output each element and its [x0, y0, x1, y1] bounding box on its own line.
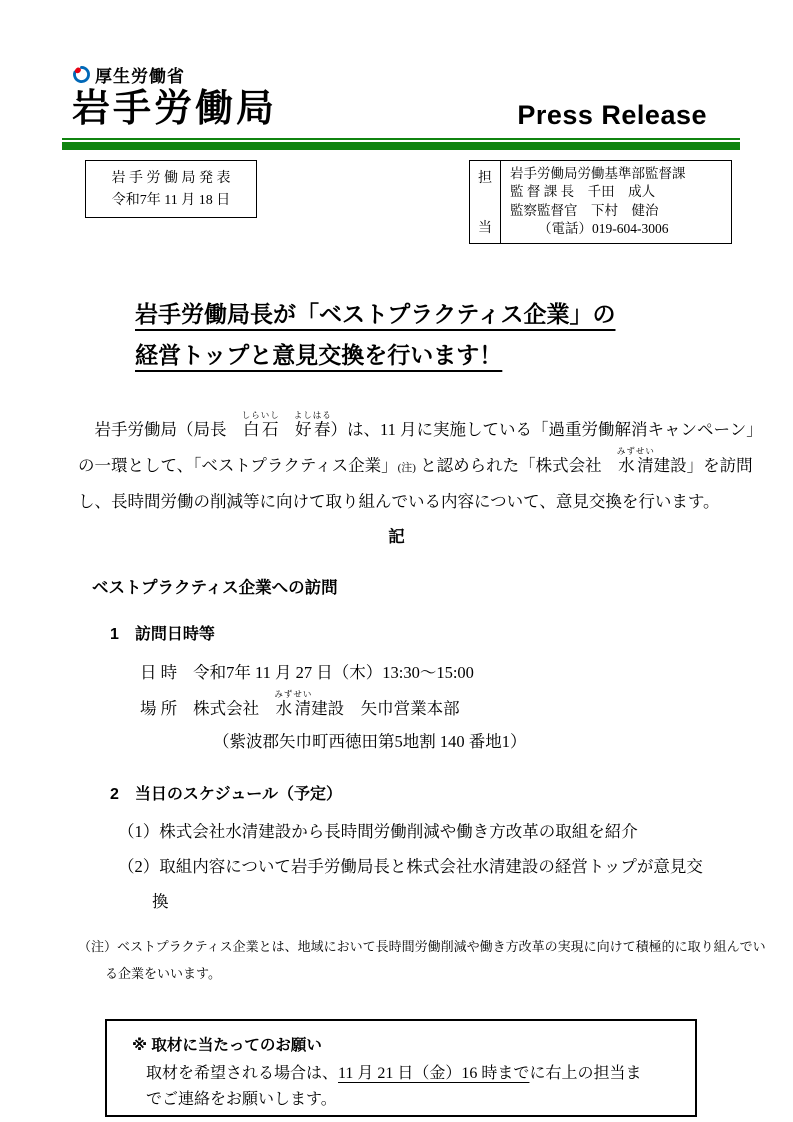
- announcement-box: 岩 手 労 働 局 発 表 令和7年 11 月 18 日: [85, 160, 257, 218]
- header: 厚生労働省 岩手労働局 Press Release: [0, 0, 793, 133]
- contact-department: 岩手労働局労働基準部監督課: [510, 165, 731, 184]
- logo-block: 厚生労働省 岩手労働局: [72, 62, 277, 133]
- request-text: に右上の担当ま: [529, 1065, 641, 1082]
- ruby-yoshiharu: 好春よしはる: [295, 420, 331, 439]
- green-divider-thick-bar: [62, 142, 740, 150]
- media-request-line-1: 取材を希望される場合は、11 月 21 日（金）16 時までに右上の担当ま: [146, 1061, 695, 1087]
- lead-text: [279, 420, 296, 439]
- lead-line-2: の一環として、「ベストプラクティス企業」(注) と認められた「株式会社 水清みず…: [78, 446, 725, 485]
- ministry-line: 厚生労働省: [72, 62, 277, 87]
- datetime-label: 日 時: [140, 663, 177, 682]
- place-value-pre: 株式会社: [193, 699, 276, 718]
- ministry-name: 厚生労働省: [95, 62, 185, 87]
- ruby-shiraishi: 白石しらいし: [243, 420, 279, 439]
- lead-line-3: し、長時間労働の削減等に向けて取り組んでいる内容について、意見交換を行います。: [78, 485, 725, 518]
- section-heading: ベストプラクティス企業への訪問: [92, 574, 793, 598]
- document-title: 岩手労働局長が「ベストプラクティス企業」の 経営トップと意見交換を行います！: [135, 294, 793, 376]
- place-value-post: 建設 矢巾営業本部: [311, 699, 460, 718]
- announcement-date: 令和7年 11 月 18 日: [96, 190, 246, 212]
- media-request-body: 取材を希望される場合は、11 月 21 日（金）16 時までに右上の担当ま でご…: [146, 1061, 695, 1113]
- bureau-name: 岩手労働局: [72, 87, 277, 133]
- item2-heading: 2 当日のスケジュール（予定）: [110, 781, 793, 804]
- datetime-value: 令和7年 11 月 27 日（木）13:30～15:00: [193, 663, 474, 682]
- title-line-1: 岩手労働局長が「ベストプラクティス企業」の: [135, 294, 615, 335]
- ruby-mizusei-place: 水清みずせい: [276, 699, 312, 718]
- contact-person-2: 監察監督官 下村 健治: [510, 202, 731, 221]
- info-boxes-row: 岩 手 労 働 局 発 表 令和7年 11 月 18 日 担 当 岩手労働局労働…: [85, 160, 732, 244]
- datetime-row: 日 時令和7年 11 月 27 日（木）13:30～15:00: [140, 656, 793, 689]
- lead-paragraph: 岩手労働局（局長 白石しらいし 好春よしはる）は、11 月に実施している「過重労…: [78, 410, 725, 518]
- media-request-heading: ※ 取材に当たってのお願い: [132, 1033, 695, 1055]
- lead-text: 岩手労働局（局長: [78, 420, 243, 439]
- announcement-source: 岩 手 労 働 局 発 表: [96, 168, 246, 190]
- address-line: （紫波郡矢巾町西徳田第5地割 140 番地1）: [213, 725, 793, 758]
- footnote-line-2: る企業をいいます。: [105, 960, 733, 987]
- mhlw-logo-icon: [72, 65, 91, 84]
- title-line-2: 経営トップと意見交換を行います！: [135, 335, 502, 376]
- media-request-line-2: でご連絡をお願いします。: [146, 1087, 695, 1113]
- schedule-item-2-continuation: 換: [152, 884, 793, 919]
- contact-box: 担 当 岩手労働局労働基準部監督課 監 督 課 長 千田 成人 監察監督官 下村…: [469, 160, 732, 244]
- place-row: 場 所株式会社 水清みずせい建設 矢巾営業本部: [140, 689, 793, 725]
- lead-line-1: 岩手労働局（局長 白石しらいし 好春よしはる）は、11 月に実施している「過重労…: [78, 410, 725, 446]
- contact-content: 岩手労働局労働基準部監督課 監 督 課 長 千田 成人 監察監督官 下村 健治 …: [501, 161, 731, 243]
- footnote-marker-inline: (注): [398, 462, 416, 474]
- request-deadline-underlined: 11 月 21 日（金）16 時まで: [338, 1065, 529, 1082]
- ruby-mizusei: 水清みずせい: [618, 456, 654, 475]
- contact-label-bottom: 当: [478, 217, 492, 237]
- item1-heading: 1 訪問日時等: [110, 621, 793, 644]
- contact-label-top: 担: [478, 167, 492, 187]
- contact-phone: （電話）019-604-3006: [510, 220, 731, 239]
- contact-person-1: 監 督 課 長 千田 成人: [510, 183, 731, 202]
- footnote: （注）ベストプラクティス企業とは、地域において長時間労働削減や働き方改革の実現に…: [78, 933, 733, 987]
- green-divider: [62, 138, 740, 150]
- lead-text: の一環として、「ベストプラクティス企業」: [78, 456, 398, 475]
- lead-text: と認められた「株式会社: [416, 456, 618, 475]
- press-release-label: Press Release: [517, 100, 707, 133]
- media-request-box: ※ 取材に当たってのお願い 取材を希望される場合は、11 月 21 日（金）16…: [105, 1019, 697, 1117]
- request-text: 取材を希望される場合は、: [146, 1065, 338, 1082]
- schedule-item-1: （1）株式会社水清建設から長時間労働削減や働き方改革の取組を紹介: [118, 814, 793, 849]
- schedule-item-2: （2）取組内容について岩手労働局長と株式会社水清建設の経営トップが意見交: [118, 849, 793, 884]
- press-release-page: 厚生労働省 岩手労働局 Press Release 岩 手 労 働 局 発 表 …: [0, 0, 793, 1122]
- ki-label: 記: [0, 523, 793, 547]
- lead-text: ）は、11 月に実施している「過重労働解消キャンペーン」: [331, 420, 763, 439]
- lead-text: 建設」を訪問: [654, 456, 753, 475]
- footnote-line-1: （注）ベストプラクティス企業とは、地域において長時間労働削減や働き方改革の実現に…: [78, 933, 733, 960]
- place-label: 場 所: [140, 699, 177, 718]
- contact-label-column: 担 当: [470, 161, 501, 243]
